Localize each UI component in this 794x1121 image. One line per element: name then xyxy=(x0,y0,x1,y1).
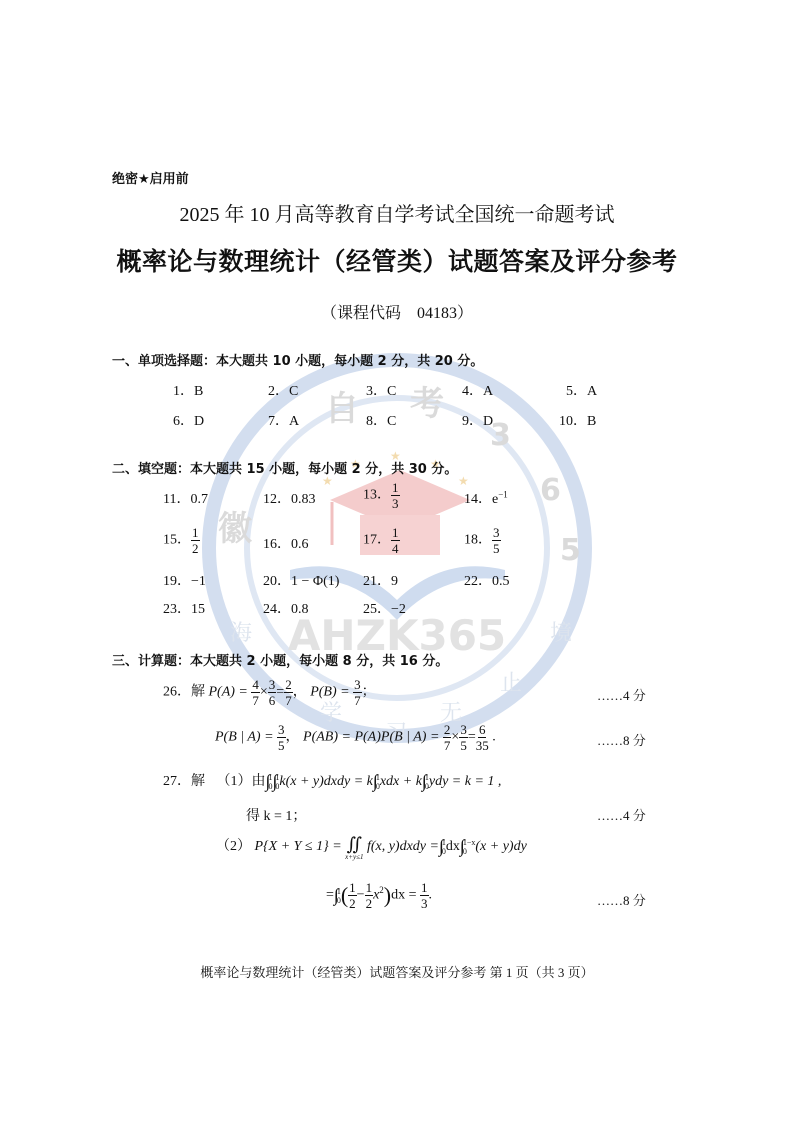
fill-answer-17: 17．14 xyxy=(363,525,400,556)
fraction: 36 xyxy=(268,677,277,708)
fill-num: 25． xyxy=(363,602,391,617)
fill-answer-19: 19．−1 xyxy=(163,570,206,590)
svg-text:止: 止 xyxy=(500,671,522,696)
score-marker: ……4 分 xyxy=(597,805,646,824)
fill-value: 0.7 xyxy=(190,492,208,507)
answer-2: 2．C xyxy=(268,380,298,400)
fill-answer-23: 23．15 xyxy=(163,598,205,618)
svg-text:★: ★ xyxy=(458,474,469,488)
answer-4: 4．A xyxy=(462,380,493,400)
q26-line2: P(B | A) = 35， P(AB) = P(A)P(B | A) = 27… xyxy=(215,722,496,753)
math-expr: ydy = k = 1 , xyxy=(429,774,502,789)
fraction: 27 xyxy=(284,677,293,708)
math-expr: k(x + y)dxdy = k xyxy=(279,774,373,789)
svg-text:自: 自 xyxy=(325,389,359,429)
fill-num: 24． xyxy=(263,602,291,617)
integral-symbol: ∫ xyxy=(460,836,465,857)
fill-num: 18． xyxy=(464,533,492,548)
q27-part1: 27．解 （1）由∫10∫10k(x + y)dxdy = k∫10xdx + … xyxy=(163,770,501,792)
fill-value: −1 xyxy=(191,574,206,589)
integral-symbol: ∫ xyxy=(439,836,444,857)
fill-value: 0.6 xyxy=(291,537,309,552)
part-label: （1）由 xyxy=(217,774,266,789)
section1-heading: 一、单项选择题：本大题共 10 小题，每小题 2 分，共 20 分。 xyxy=(112,350,483,369)
math-expr: P(B) = xyxy=(310,685,349,700)
fill-value: 0.83 xyxy=(291,492,316,507)
fill-num: 16． xyxy=(263,537,291,552)
svg-text:境: 境 xyxy=(550,621,572,646)
section3-heading: 三、计算题：本大题共 2 小题，每小题 8 分，共 16 分。 xyxy=(112,650,448,669)
exponent: −1 xyxy=(498,489,508,499)
fill-value: 9 xyxy=(391,574,398,589)
svg-text:考: 考 xyxy=(410,384,444,424)
q27-part1-result: 得 k = 1； xyxy=(246,805,306,825)
fill-answer-20: 20．1 − Φ(1) xyxy=(263,570,339,590)
double-integral: ∬x+y≤1 xyxy=(345,835,363,861)
fill-num: 19． xyxy=(163,574,191,589)
integral-symbol: ∫ xyxy=(272,771,277,792)
answer-5: 5．A xyxy=(566,380,597,400)
integral-symbol: ∫ xyxy=(266,771,271,792)
math-expr: P{X + Y ≤ 1} = xyxy=(255,839,342,854)
question-label: 27．解 xyxy=(163,774,205,789)
math-expr: P(A) = xyxy=(209,685,248,700)
math-expr: P(B | A) = xyxy=(215,730,274,745)
math-expr: xdx + k xyxy=(380,774,422,789)
fraction: 12 xyxy=(365,880,374,911)
fill-answer-11: 11．0.7 xyxy=(163,488,208,508)
fraction: 14 xyxy=(391,525,400,556)
course-code: （课程代码 04183） xyxy=(0,300,794,323)
math-expr: f(x, y)dxdy = xyxy=(367,839,439,854)
score-marker: ……8 分 xyxy=(597,730,646,749)
fill-num: 20． xyxy=(263,574,291,589)
answer-10: 10．B xyxy=(559,410,596,430)
fill-num: 13． xyxy=(363,488,391,503)
answer-1: 1．B xyxy=(173,380,203,400)
fill-answer-16: 16．0.6 xyxy=(263,533,309,553)
fill-answer-14: 14．e−1 xyxy=(464,488,508,508)
fill-answer-22: 22．0.5 xyxy=(464,570,510,590)
score-marker: ……8 分 xyxy=(597,890,646,909)
fill-num: 12． xyxy=(263,492,291,507)
svg-text:徽: 徽 xyxy=(218,509,252,549)
fill-num: 21． xyxy=(363,574,391,589)
fill-answer-21: 21．9 xyxy=(363,570,398,590)
integral-symbol: ∫ xyxy=(422,771,427,792)
fill-answer-25: 25．−2 xyxy=(363,598,406,618)
fill-num: 17． xyxy=(363,533,391,548)
fill-answer-13: 13．13 xyxy=(363,480,400,511)
page-footer: 概率论与数理统计（经管类）试题答案及评分参考 第 1 页（共 3 页） xyxy=(0,962,794,981)
score-marker: ……4 分 xyxy=(597,685,646,704)
math-expr: (x + y)dy xyxy=(475,839,526,854)
math-expr: P(AB) = P(A)P(B | A) = xyxy=(303,730,439,745)
fill-num: 14． xyxy=(464,492,492,507)
fraction: 12 xyxy=(191,525,200,556)
fraction: 47 xyxy=(251,677,260,708)
fill-answer-15: 15．12 xyxy=(163,525,200,556)
fill-answer-24: 24．0.8 xyxy=(263,598,309,618)
fill-num: 15． xyxy=(163,533,191,548)
fraction: 635 xyxy=(476,722,489,753)
fraction: 12 xyxy=(348,880,357,911)
fraction: 35 xyxy=(492,525,501,556)
fraction: 35 xyxy=(459,722,468,753)
fill-answer-18: 18．35 xyxy=(464,525,501,556)
section2-heading: 二、填空题：本大题共 15 小题，每小题 2 分，共 30 分。 xyxy=(112,458,457,477)
q27-part2-line1: （2） P{X + Y ≤ 1} = ∬x+y≤1 f(x, y)dxdy =∫… xyxy=(216,835,527,861)
subject-title: 概率论与数理统计（经管类）试题答案及评分参考 xyxy=(0,242,794,278)
part-label: （2） xyxy=(216,839,251,854)
answer-6: 6．D xyxy=(173,410,204,430)
question-label: 26．解 xyxy=(163,685,205,700)
fraction: 13 xyxy=(420,880,429,911)
integral-symbol: ∫ xyxy=(373,771,378,792)
answer-9: 9．D xyxy=(462,410,493,430)
fill-value: 0.5 xyxy=(492,574,510,589)
svg-text:海: 海 xyxy=(230,621,252,646)
q27-part2-line2: =∫10(12−12x2)dx = 13. xyxy=(326,880,432,911)
fill-value: −2 xyxy=(391,602,406,617)
svg-text:5: 5 xyxy=(560,533,581,568)
answer-7: 7．A xyxy=(268,410,299,430)
integral-symbol: ∫ xyxy=(334,885,339,906)
fill-num: 22． xyxy=(464,574,492,589)
fill-num: 11． xyxy=(163,492,190,507)
fill-value: 0.8 xyxy=(291,602,309,617)
svg-text:3: 3 xyxy=(490,418,511,453)
answer-3: 3．C xyxy=(366,380,396,400)
secret-mark: 绝密★启用前 xyxy=(112,168,189,187)
exam-title: 2025 年 10 月高等教育自学考试全国统一命题考试 xyxy=(0,198,794,227)
fill-answer-12: 12．0.83 xyxy=(263,488,316,508)
q26-line1: 26．解 P(A) = 47×36=27， P(B) = 37； xyxy=(163,677,376,708)
fill-num: 23． xyxy=(163,602,191,617)
fraction: 35 xyxy=(277,722,286,753)
fraction: 13 xyxy=(391,480,400,511)
svg-text:6: 6 xyxy=(540,473,561,508)
answer-8: 8．C xyxy=(366,410,396,430)
fill-value: 15 xyxy=(191,602,205,617)
fill-value: 1 − Φ(1) xyxy=(291,574,339,589)
fraction: 37 xyxy=(353,677,362,708)
